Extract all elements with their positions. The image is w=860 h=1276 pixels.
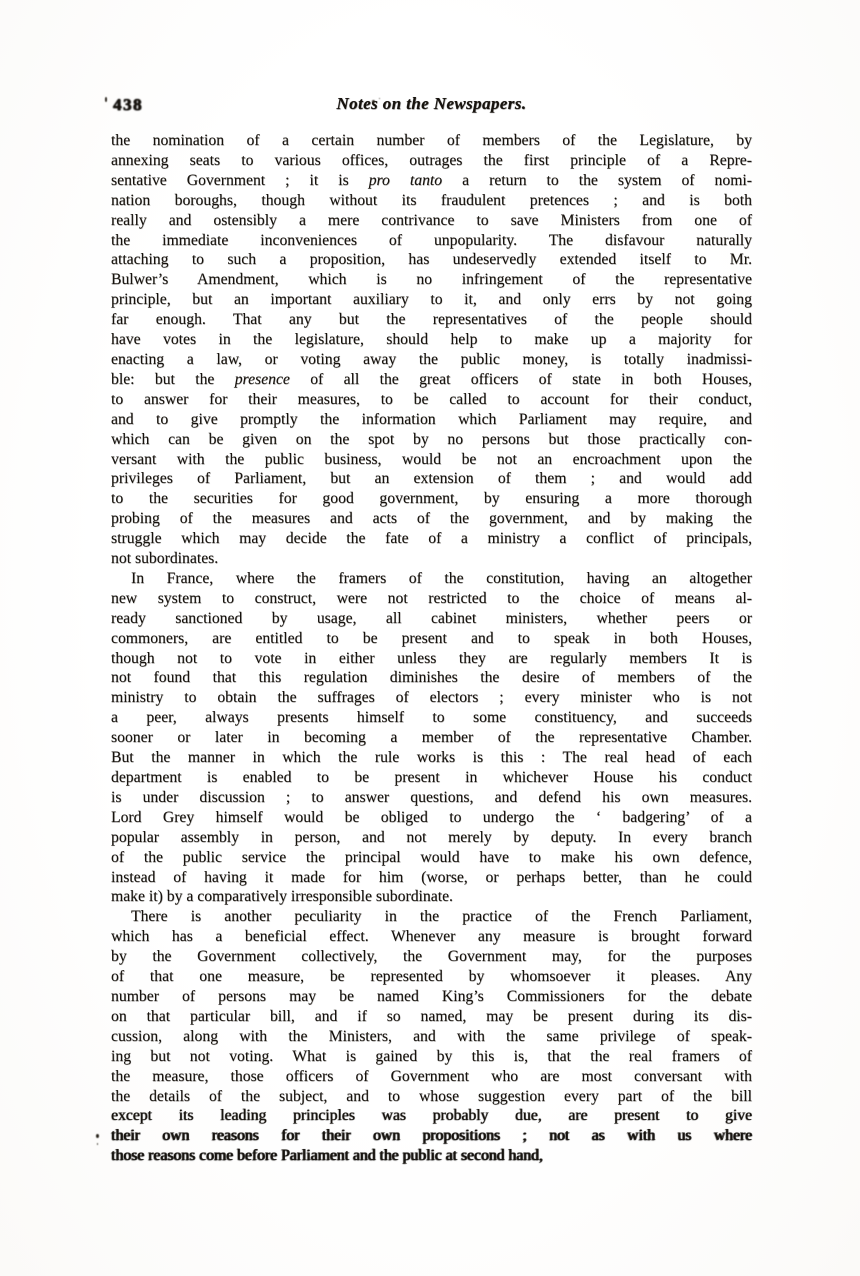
ink-speck	[105, 97, 107, 102]
page-text: the nomination of a certain number of me…	[111, 131, 752, 1166]
text-line: In France, where the framers of the cons…	[111, 569, 752, 589]
text-line: the immediate inconveniences of unpopula…	[111, 231, 752, 251]
text-line: struggle which may decide the fate of a …	[111, 529, 752, 549]
text-line: ready sanctioned by usage, all cabinet m…	[111, 609, 752, 629]
text-line: of that one measure, be represented by w…	[111, 967, 752, 987]
text-line: to answer for their measures, to be call…	[111, 390, 752, 410]
text-line: new system to construct, were not restri…	[111, 589, 752, 609]
paragraph: the nomination of a certain number of me…	[111, 131, 752, 569]
text-line: probing of the measures and acts of the …	[111, 509, 752, 529]
text-line: by the Government collectively, the Gove…	[111, 947, 752, 967]
text-line: Lord Grey himself would be obliged to un…	[111, 808, 752, 828]
text-line: though not to vote in either unless they…	[111, 649, 752, 669]
text-line: a peer, always presents himself to some …	[111, 708, 752, 728]
text-line: ing but not voting. What is gained by th…	[111, 1047, 752, 1067]
paragraph: There is another peculiarity in the prac…	[111, 907, 752, 1166]
text-line: which has a beneficial effect. Whenever …	[111, 927, 752, 947]
text-line: ble: but the presence of all the great o…	[111, 370, 752, 390]
page-header: 438 Notes on the Newspapers.	[111, 94, 752, 120]
text-line: the nomination of a certain number of me…	[111, 131, 752, 151]
text-line: the measure, those officers of Governmen…	[111, 1067, 752, 1087]
text-line: the details of the subject, and to whose…	[111, 1087, 752, 1107]
text-line: not subordinates.	[111, 549, 752, 569]
text-line: Bulwer’s Amendment, which is no infringe…	[111, 270, 752, 290]
text-line: their own reasons for their own proposit…	[111, 1126, 752, 1146]
text-line: sooner or later in becoming a member of …	[111, 728, 752, 748]
text-line: annexing seats to various offices, outra…	[111, 151, 752, 171]
text-line: ministry to obtain the suffrages of elec…	[111, 688, 752, 708]
text-line: cussion, along with the Ministers, and w…	[111, 1027, 752, 1047]
ink-speck	[372, 100, 375, 103]
text-line: those reasons come before Parliament and…	[111, 1146, 752, 1166]
text-line: really and ostensibly a mere contrivance…	[111, 211, 752, 231]
paragraph: In France, where the framers of the cons…	[111, 569, 752, 907]
text-line: popular assembly in person, and not mere…	[111, 828, 752, 848]
text-line: commoners, are entitled to be present an…	[111, 629, 752, 649]
text-line: far enough. That any but the representat…	[111, 310, 752, 330]
text-line: number of persons may be named King’s Co…	[111, 987, 752, 1007]
running-title: Notes on the Newspapers.	[111, 94, 752, 114]
text-line: and to give promptly the information whi…	[111, 410, 752, 430]
text-line: make it) by a comparatively irresponsibl…	[111, 887, 752, 907]
scanned-page: 438 Notes on the Newspapers. the nominat…	[0, 0, 860, 1276]
text-line: on that particular bill, and if so named…	[111, 1007, 752, 1027]
text-line: enacting a law, or voting away the publi…	[111, 350, 752, 370]
text-line: not found that this regulation diminishe…	[111, 668, 752, 688]
text-line: which can be given on the spot by no per…	[111, 430, 752, 450]
text-line: have votes in the legislature, should he…	[111, 330, 752, 350]
text-line: of the public service the principal woul…	[111, 848, 752, 868]
text-line: is under discussion ; to answer question…	[111, 788, 752, 808]
ink-speck	[96, 1134, 99, 1138]
text-line: nation boroughs, though without its frau…	[111, 191, 752, 211]
text-line: principle, but an important auxiliary to…	[111, 290, 752, 310]
text-line: There is another peculiarity in the prac…	[111, 907, 752, 927]
text-line: sentative Government ; it is pro tanto a…	[111, 171, 752, 191]
text-line: department is enabled to be present in w…	[111, 768, 752, 788]
text-line: versant with the public business, would …	[111, 450, 752, 470]
text-line: privileges of Parliament, but an extensi…	[111, 469, 752, 489]
text-line: But the manner in which the rule works i…	[111, 748, 752, 768]
text-line: except its leading principles was probab…	[111, 1106, 752, 1126]
text-line: to the securities for good government, b…	[111, 489, 752, 509]
text-line: attaching to such a proposition, has und…	[111, 250, 752, 270]
text-line: instead of having it made for him (worse…	[111, 868, 752, 888]
